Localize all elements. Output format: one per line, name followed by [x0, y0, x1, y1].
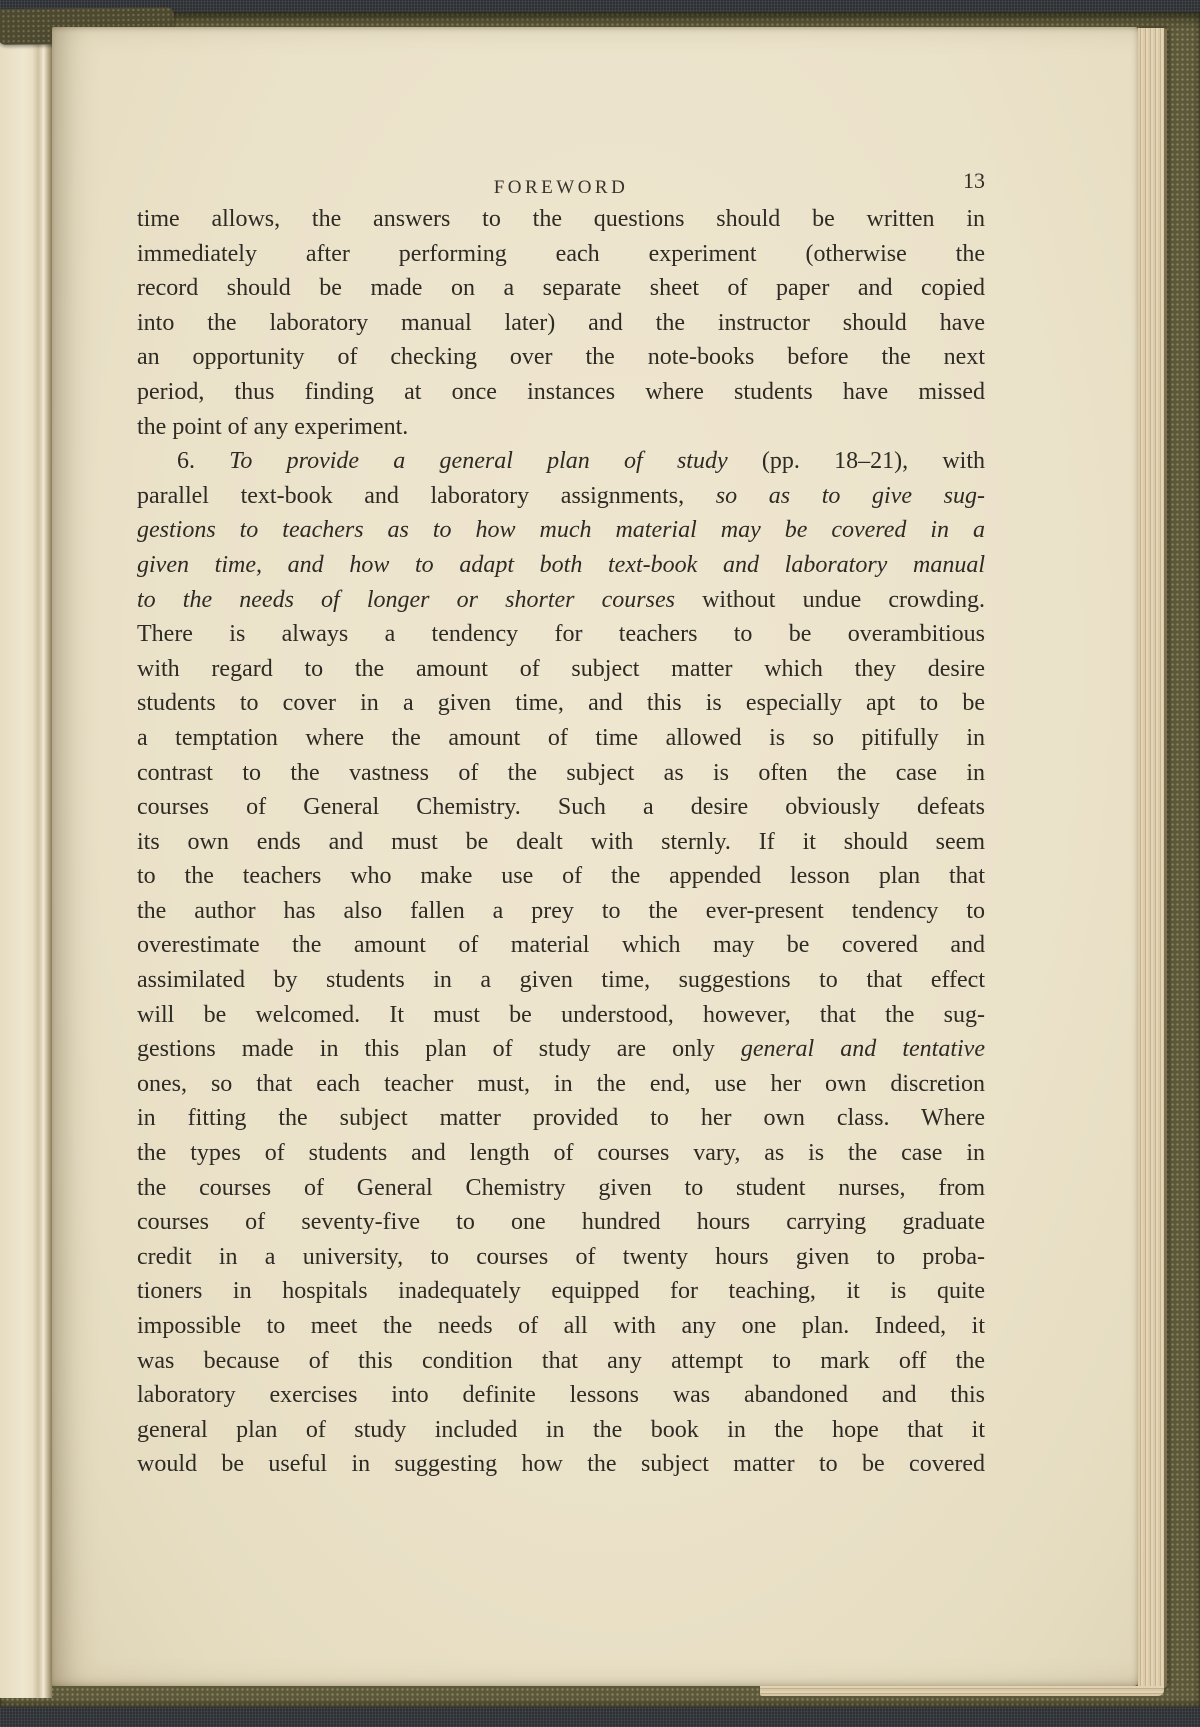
text-line: contrast to the vastness of the subject …: [137, 756, 985, 791]
text-line: the types of students and length of cour…: [137, 1136, 985, 1171]
page-edge-stack-right: [1138, 28, 1167, 1688]
text-run: record should be made on a separate shee…: [137, 275, 985, 301]
text-line: was because of this condition that any a…: [137, 1344, 985, 1379]
text-run: general plan of study included in the bo…: [137, 1417, 985, 1443]
text-line: will be welcomed. It must be understood,…: [137, 998, 985, 1033]
text-run: period, thus finding at once instances w…: [137, 379, 985, 405]
page-number: 13: [137, 168, 985, 194]
text-run: was because of this condition that any a…: [137, 1348, 985, 1374]
text-line: general plan of study included in the bo…: [137, 1413, 985, 1448]
text-line: 6. To provide a general plan of study (p…: [137, 444, 985, 479]
text-line: period, thus finding at once instances w…: [137, 375, 985, 410]
text-run: time allows, the answers to the question…: [137, 206, 985, 232]
text-run: would be useful in suggesting how the su…: [137, 1451, 985, 1477]
book-scan: FOREWORD 13 time allows, the answers to …: [0, 0, 1200, 1727]
facing-page-gutter: [0, 30, 52, 1698]
text-run: students to cover in a given time, and t…: [137, 690, 985, 716]
text-line: the courses of General Chemistry given t…: [137, 1171, 985, 1206]
text-run: There is always a tendency for teachers …: [137, 621, 985, 647]
text-line: courses of seventy-five to one hundred h…: [137, 1205, 985, 1240]
text-line: an opportunity of checking over the note…: [137, 340, 985, 375]
text-run: (pp. 18–21), with: [762, 448, 985, 474]
text-line: ones, so that each teacher must, in the …: [137, 1067, 985, 1102]
text-line: students to cover in a given time, and t…: [137, 686, 985, 721]
text-run: the author has also fallen a prey to the…: [137, 898, 985, 924]
text-line: gestions made in this plan of study are …: [137, 1032, 985, 1067]
italic-text-run: so as to give sug-: [716, 483, 985, 509]
text-line: the author has also fallen a prey to the…: [137, 894, 985, 929]
text-line: credit in a university, to courses of tw…: [137, 1240, 985, 1275]
text-run: credit in a university, to courses of tw…: [137, 1244, 985, 1270]
text-line: immediately after performing each experi…: [137, 237, 985, 272]
text-line: to the needs of longer or shorter course…: [137, 583, 985, 618]
text-run: assimilated by students in a given time,…: [137, 967, 985, 993]
text-run: laboratory exercises into definite lesso…: [137, 1382, 985, 1408]
text-line: tioners in hospitals inadequately equipp…: [137, 1274, 985, 1309]
text-line: time allows, the answers to the question…: [137, 202, 985, 237]
text-line: given time, and how to adapt both text-b…: [137, 548, 985, 583]
text-run: parallel text-book and laboratory assign…: [137, 483, 716, 509]
text-run: in fitting the subject matter provided t…: [137, 1105, 985, 1131]
text-line: with regard to the amount of subject mat…: [137, 652, 985, 687]
text-line: would be useful in suggesting how the su…: [137, 1447, 985, 1482]
text-run: with regard to the amount of subject mat…: [137, 656, 985, 682]
text-run: its own ends and must be dealt with ster…: [137, 829, 985, 855]
text-line: to the teachers who make use of the appe…: [137, 859, 985, 894]
text-line: the point of any experiment.: [137, 410, 985, 445]
text-line: in fitting the subject matter provided t…: [137, 1101, 985, 1136]
body-text: time allows, the answers to the question…: [137, 202, 985, 1482]
text-run: contrast to the vastness of the subject …: [137, 760, 985, 786]
text-line: record should be made on a separate shee…: [137, 271, 985, 306]
italic-text-run: given time, and how to adapt both text-b…: [137, 552, 985, 578]
text-run: overestimate the amount of material whic…: [137, 932, 985, 958]
text-run: tioners in hospitals inadequately equipp…: [137, 1278, 985, 1304]
text-run: immediately after performing each experi…: [137, 241, 985, 267]
italic-text-run: gestions to teachers as to how much mate…: [137, 517, 985, 543]
text-line: courses of General Chemistry. Such a des…: [137, 790, 985, 825]
book-page: FOREWORD 13 time allows, the answers to …: [52, 27, 1138, 1686]
text-run: without undue crowding.: [675, 587, 985, 613]
text-run: a temptation where the amount of time al…: [137, 725, 985, 751]
text-run: the types of students and length of cour…: [137, 1140, 985, 1166]
text-run: into the laboratory manual later) and th…: [137, 310, 985, 336]
text-run: the courses of General Chemistry given t…: [137, 1175, 985, 1201]
text-run: an opportunity of checking over the note…: [137, 344, 985, 370]
text-line: a temptation where the amount of time al…: [137, 721, 985, 756]
text-line: laboratory exercises into definite lesso…: [137, 1378, 985, 1413]
text-run: impossible to meet the needs of all with…: [137, 1313, 985, 1339]
text-run: courses of seventy-five to one hundred h…: [137, 1209, 985, 1235]
text-run: 6.: [177, 448, 229, 474]
text-line: into the laboratory manual later) and th…: [137, 306, 985, 341]
text-line: parallel text-book and laboratory assign…: [137, 479, 985, 514]
text-run: gestions made in this plan of study are …: [137, 1036, 741, 1062]
text-line: gestions to teachers as to how much mate…: [137, 513, 985, 548]
italic-text-run: to the needs of longer or shorter course…: [137, 587, 675, 613]
text-line: impossible to meet the needs of all with…: [137, 1309, 985, 1344]
text-run: courses of General Chemistry. Such a des…: [137, 794, 985, 820]
italic-text-run: general and tentative: [741, 1036, 985, 1062]
text-line: assimilated by students in a given time,…: [137, 963, 985, 998]
page-edge-stack-bottom: [760, 1686, 1164, 1696]
italic-text-run: To provide a general plan of study: [229, 448, 762, 474]
text-line: its own ends and must be dealt with ster…: [137, 825, 985, 860]
text-line: overestimate the amount of material whic…: [137, 928, 985, 963]
text-run: ones, so that each teacher must, in the …: [137, 1071, 985, 1097]
text-run: will be welcomed. It must be understood,…: [137, 1002, 985, 1028]
text-run: the point of any experiment.: [137, 414, 408, 440]
text-line: There is always a tendency for teachers …: [137, 617, 985, 652]
text-run: to the teachers who make use of the appe…: [137, 863, 985, 889]
cover-top-shadow: [0, 12, 1200, 28]
